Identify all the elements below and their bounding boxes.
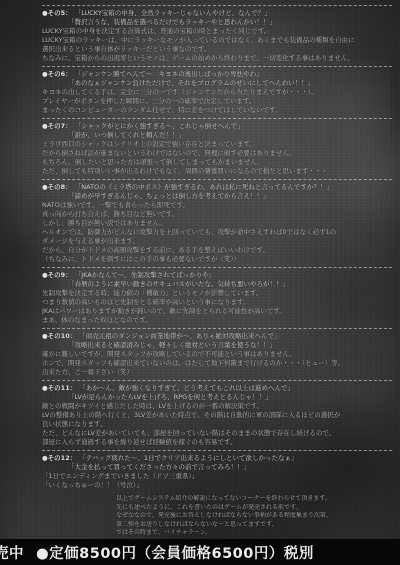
dashed-separator: [42, 5, 392, 6]
section-label: ●その5：: [42, 9, 72, 18]
section-question: 「テバッグ疲れた～、1日でクリア出来るようにしといて欲しかったなぁ」: [79, 454, 297, 463]
section-label: ●その12：: [42, 454, 76, 463]
section-label: ●その10：: [42, 332, 76, 341]
body-line: もちろん、倒したいと思った方は頑張って倒してしまってもかまいません。: [42, 158, 392, 167]
body-line: 確かに難しいですが、開発スタッフが攻略しているので不可能という事はありません。: [42, 350, 392, 359]
closing-line: ではその時まで、バイチャラ～ン。: [116, 529, 392, 538]
body-line: つまり数値の高いものほど先制をとる確率が高いという事になります。: [42, 298, 392, 307]
body-line: ただ、どんなにLV差があいていても、部屋を回っていない階はそのままの状態で存在し…: [42, 429, 392, 438]
body-line: 「いくなっちゅーの！！（号泣）」: [42, 481, 392, 490]
body-line: 良い状態になります。: [42, 420, 392, 429]
section-retort: 「誰が、いつ倒してくれと頼んだ！！」: [68, 131, 392, 140]
dashed-separator: [42, 118, 392, 119]
body-line: ホンで、開発スタッフも確認出来ていないのは、はたして地下何階まで行けるのか・・・…: [42, 359, 392, 368]
body-line: 真っ向から打ち合えば、勝ち目など無いです。: [42, 210, 392, 219]
faq-section-7: ●その7： 「シャックがとにかく強すぎる～、これじゃ倒せへんで」 「誰が、いつ倒…: [42, 122, 392, 176]
body-line: ダメージを与える事が出来ます。: [42, 237, 392, 246]
on-sale-label: 売中: [0, 542, 24, 563]
dashed-separator: [42, 380, 392, 381]
section-retort: 「春暦のように素早い動きのサキュバスがいたな、気持ち悪いやろが！！」: [68, 280, 392, 289]
body-line: NATOは強いです。一撃でも食らったら即死です。: [42, 201, 392, 210]
body-line: LUCKY宝箱のラッキーは、中にラッキーなモノが入っているのではなく、あくまでも…: [42, 36, 392, 45]
dashed-separator: [42, 267, 392, 268]
closing-line: 以上でゲームシステム紹介の解説になってないコーナーを終わらせて頂きます。: [116, 495, 392, 504]
body-line: 先制攻撃を決定する時、能力値の「機敏力」というモノが影響しています。: [42, 289, 392, 298]
closing-line: なぜななので、発売後にお答えしなければならない事柄がある程度集まり次第、: [116, 512, 392, 521]
closing-line: 第二弾をお送りしなければならないな～と思ってますです。: [116, 521, 392, 530]
body-line: まあ、体のなまった奴ほどなのです。: [42, 316, 392, 325]
section-retort: 「LVが足らんかったらLVを上げろ、RPGを何と考えとるんじゃ！！」: [68, 393, 392, 402]
price-text: ●定価8500円（会員価格6500円）税別: [36, 542, 314, 563]
closing-note: 以上でゲームシステム紹介の解説になってないコーナーを終わらせて頂きます。 先にも…: [116, 495, 392, 538]
body-line: 選択出来るという事自体がラッキーだという事なのです。: [42, 45, 392, 54]
section-question: 「シャックがとにかく強すぎる～、これじゃ倒せへんで」: [75, 122, 244, 131]
section-retort: 「攻略出来ると確認済みじゃ、軽々しく絶対という言葉を使うな！！」: [68, 341, 392, 350]
faq-section-12: ●その12： 「テバッグ疲れた～、1日でクリア出来るようにしといて欲しかったなぁ…: [42, 454, 392, 490]
section-question: 「商売元祖のダンジョン商業地帯が～、ありゃ絶対攻略出来へんで」: [79, 332, 280, 341]
dashed-separator: [42, 66, 392, 67]
section-question: 「LUCKY宝箱の中身、全然ラッキーじゃないんやけど、なんで？」: [75, 9, 271, 18]
closing-line: 先にも述べたように、これを書いたのはゲームが発売される前です。: [116, 504, 392, 513]
body-line: LUCKY宝箱の中身を決定する計算式は、普通の宝箱の時とまったく同じです。: [42, 27, 392, 36]
body-line: しかし、勝ち目が無い訳ではありません。: [42, 219, 392, 228]
body-line: 敵との戦闘がキツイと感じだした時は、LVを上げるのが一番の解決策です。: [42, 402, 392, 411]
body-line: ヘルオンでは、防御力がどんなに攻撃力を上回っていても、攻撃が命中さえすれば0では…: [42, 228, 392, 237]
section-retort: 「あのなぁジャンケン負けただけで、それをプログラムのせいにしてへんわい！！」: [68, 79, 392, 88]
body-line: LVの整備あり上の階へ行くと、3LV差があいた時点で、その階は自動的に軍の部隊に…: [42, 411, 392, 420]
faq-section-10: ●その10： 「商売元祖のダンジョン商業地帯が～、ありゃ絶対攻略出来へんで」 「…: [42, 332, 392, 377]
body-line: ミラヴ西口のシャックはシナリオ上の設定で強い存在と決まっています。: [42, 140, 392, 149]
body-line: JKAはパワーはありますが動きが鈍いので、敵に先制をとられる可能性が高いです。: [42, 307, 392, 316]
section-question: 「ジャンケン勝てへんて～ キヨネの後出しばっかり卑怯やわ」: [75, 70, 263, 79]
section-label: ●その9：: [42, 271, 72, 280]
section-retort: 「大金を払って買ってくださった方々の前で言ってみろ！！」: [68, 463, 392, 472]
body-line: だから倒さねば話が進まないというわけではないので、無理に倒す必要はありません。: [42, 149, 392, 158]
body-line: だから、自分がトドメの高額攻撃をする前に、ある手を整えばいいわけです。: [42, 246, 392, 255]
body-line: 「1日でエンディングまでいきました（ドツ三重県）」: [42, 472, 392, 481]
body-line: プレイヤーがボタンを押した瞬間に、三分の一の確率で決定しています。: [42, 97, 392, 106]
body-line: ちなみに、宝箱からの出現率というモノは、ゲームの始めから終わりまで、一切変化する…: [42, 54, 392, 63]
dashed-separator: [42, 179, 392, 180]
section-label: ●その11：: [42, 384, 76, 393]
section-label: ●その8：: [42, 183, 72, 192]
price-bar: 売中 ●定価8500円（会員価格6500円）税別: [0, 539, 400, 565]
body-line: 出来た方、ご一報下さい（笑）: [42, 368, 392, 377]
body-line: 部屋に入らず通過する事を繰り返せば経験値を稼ぐのも容易です。: [42, 438, 392, 447]
faq-section-6: ●その6： 「ジャンケン勝てへんて～ キヨネの後出しばっかり卑怯やわ」 「あのな…: [42, 70, 392, 115]
body-line: （ちなみに、トドメを刺すにはこの手の事も必要ないですが（笑））: [42, 255, 392, 264]
scanned-page: ●その5： 「LUCKY宝箱の中身、全然ラッキーじゃないんやけど、なんで？」 「…: [0, 0, 400, 565]
section-question: 「あか～ん、敵が強くなりすぎて、どう考えてもこれ以上は進めへんで」: [79, 384, 294, 393]
section-label: ●その7：: [42, 122, 72, 131]
body-line: キヨネの出してくる手は、完全に三分の一です（ジャンケンだから当たりまえですが・・…: [42, 88, 392, 97]
section-question: 「JKAかなんて～、先制攻撃されてばっかりや」: [75, 271, 216, 280]
section-retort: 「贅沢言うな、装備品を選べるだけでもラッキーやと思わんかい！！」: [68, 18, 392, 27]
dashed-separator: [42, 328, 392, 329]
faq-section-5: ●その5： 「LUCKY宝箱の中身、全然ラッキーじゃないんやけど、なんで？」 「…: [42, 9, 392, 63]
faq-section-8: ●その8： 「NATOの《ミラ塔の中ボス》が強すぎるわ、あれは私に死ねと言ってる…: [42, 183, 392, 264]
faq-section-11: ●その11： 「あか～ん、敵が強くなりすぎて、どう考えてもこれ以上は進めへんで」…: [42, 384, 392, 447]
section-question: 「NATOの《ミラ塔の中ボス》が強すぎるわ、あれは私に死ねと言ってるんですか？！…: [75, 183, 333, 192]
body-line: ただ、倒しても特別いい事が出るわけでもなく、周囲の顰蹙買いになるので損だと思いま…: [42, 167, 392, 176]
dashed-separator: [42, 450, 392, 451]
faq-content: ●その5： 「LUCKY宝箱の中身、全然ラッキーじゃないんやけど、なんで？」 「…: [42, 3, 392, 538]
faq-section-9: ●その9： 「JKAかなんて～、先制攻撃されてばっかりや」 「春暦のように素早い…: [42, 271, 392, 325]
section-retort: 「諦めが早すぎるんじゃ、ちょっとは倒し方を考えてから言え！！」: [68, 192, 392, 201]
section-label: ●その6：: [42, 70, 72, 79]
body-line: まったくのコンピューターのランダム任せで、特に差をつけてはしていないです。: [42, 106, 392, 115]
